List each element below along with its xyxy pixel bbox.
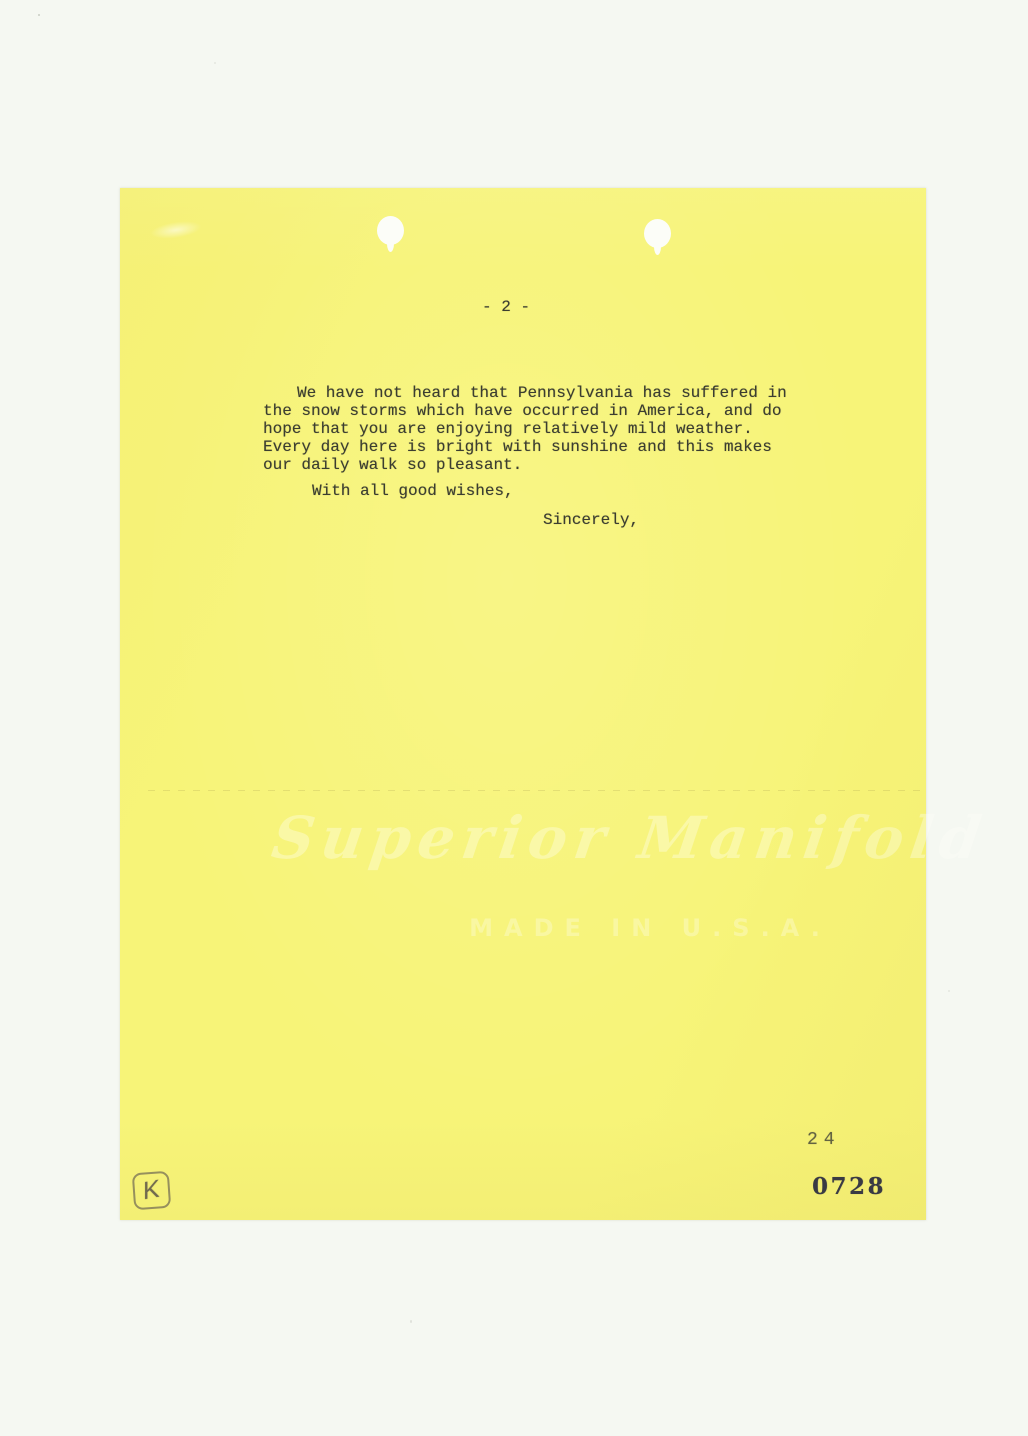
correction-smudge [149,218,203,241]
body-line: our daily walk so pleasant. [263,456,808,474]
hole-punch-right [644,219,671,248]
closing-line: With all good wishes, [312,482,514,500]
signature-line: Sincerely, [543,511,639,529]
letter-page: - 2 - We have not heard that Pennsylvani… [120,188,926,1220]
scan-speck [38,14,40,16]
scan-speck [214,62,216,64]
scan-speck [948,990,950,992]
scan-speck [410,1320,412,1323]
fold-crease [148,790,920,791]
body-line: hope that you are enjoying relatively mi… [263,420,808,438]
sorting-stamp: K [132,1171,171,1210]
made-in-watermark: MADE IN U.S.A. [300,914,1000,942]
page-number: - 2 - [466,298,546,316]
body-line: Every day here is bright with sunshine a… [263,438,808,456]
archive-number-stamp: 0728 [812,1173,886,1200]
hole-punch-left [377,216,404,245]
letter-body: We have not heard that Pennsylvania has … [263,384,808,474]
sorting-stamp-letter: K [143,1177,160,1205]
body-line: the snow storms which have occurred in A… [263,402,808,420]
page-count-number: 24 [807,1130,841,1150]
paper-brand-watermark: Superior Manifold [230,804,1028,872]
body-line: We have not heard that Pennsylvania has … [263,384,808,402]
